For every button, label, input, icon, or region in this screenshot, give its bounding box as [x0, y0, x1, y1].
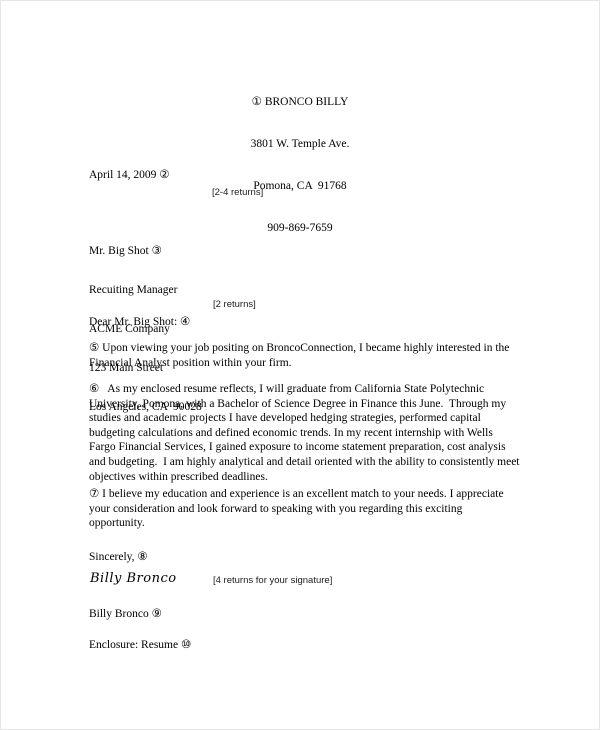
sender-name: ① BRONCO BILLY: [1, 95, 599, 109]
annotation-returns-after-address: [2 returns]: [213, 299, 256, 310]
paragraph-qualifications: ⑥ As my enclosed resume reflects, I will…: [89, 382, 520, 484]
enclosure-line: Enclosure: Resume ⑩: [89, 637, 191, 651]
typed-signature-name: Billy Bronco ⑨: [89, 606, 162, 620]
date-line: April 14, 2009 ②: [89, 167, 170, 181]
paragraph-closing: ⑦ I believe my education and experience …: [89, 487, 504, 531]
sender-city-state-zip: Pomona, CA 91768: [1, 179, 599, 193]
salutation-line: Dear Mr. Big Shot: ④: [89, 314, 190, 328]
annotation-returns-for-signature: [4 returns for your signature]: [213, 575, 332, 586]
annotation-returns-after-date: [2-4 returns]: [212, 187, 263, 198]
recipient-name: Mr. Big Shot ③: [89, 245, 202, 258]
paragraph-opening: ⑤ Upon viewing your job positing on Bron…: [89, 341, 509, 370]
handwritten-signature: Billy Bronco: [90, 571, 177, 586]
sender-street: 3801 W. Temple Ave.: [1, 137, 599, 151]
recipient-title: Recuiting Manager: [89, 284, 202, 297]
cover-letter-page: ① BRONCO BILLY 3801 W. Temple Ave. Pomon…: [0, 0, 600, 730]
complimentary-close: Sincerely, ⑧: [89, 549, 148, 563]
